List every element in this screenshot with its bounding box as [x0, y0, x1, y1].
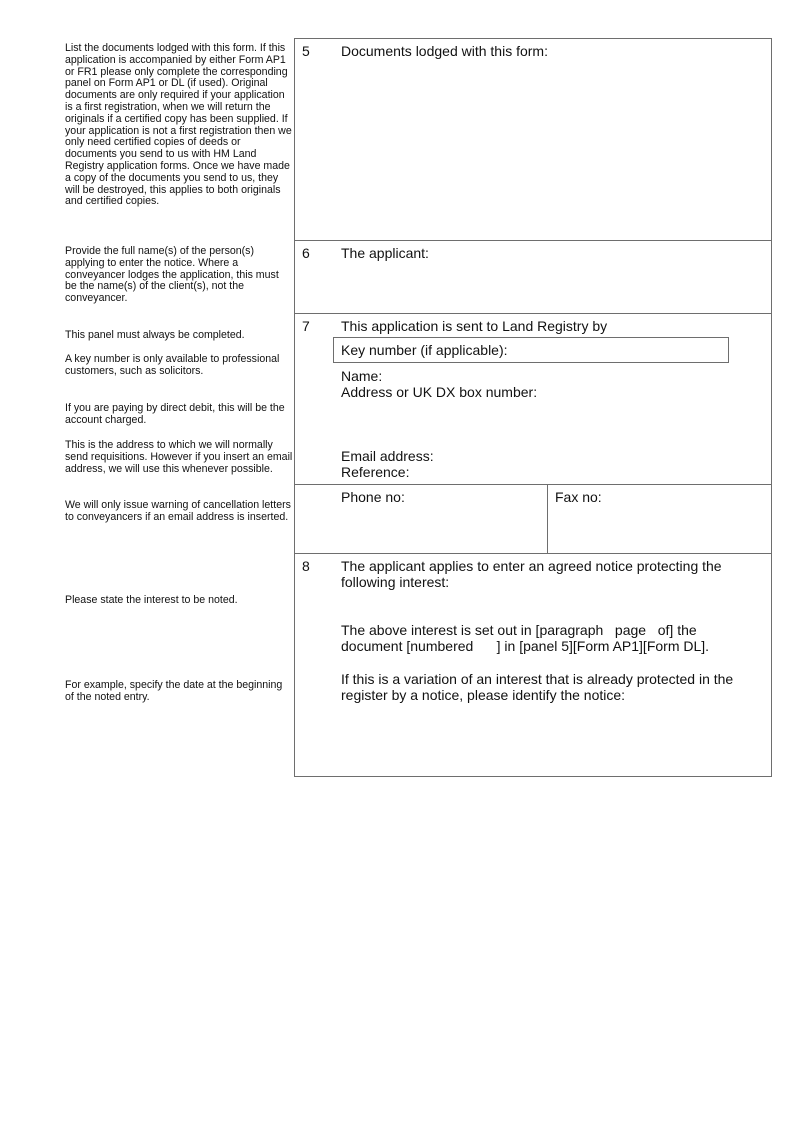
divider-panel-8 [294, 553, 772, 554]
panel-6-title: The applicant: [341, 245, 429, 261]
panel-6-number: 6 [302, 245, 310, 261]
guidance-panel-7-warning: We will only issue warning of cancellati… [65, 500, 293, 524]
reference-label: Reference: [341, 464, 409, 480]
panel-8-setout-line2: document [numbered ] in [panel 5][Form A… [341, 638, 709, 654]
panel-5-number: 5 [302, 43, 310, 59]
fax-field[interactable] [551, 506, 769, 550]
panel-7-number: 7 [302, 318, 310, 334]
fax-label: Fax no: [555, 489, 602, 505]
address-label: Address or UK DX box number: [341, 384, 537, 400]
divider-panel-6 [294, 240, 772, 241]
guidance-panel-7-always: This panel must always be completed. [65, 330, 293, 342]
interest-field[interactable] [333, 592, 769, 620]
panel-7-title: This application is sent to Land Registr… [341, 318, 607, 334]
key-number-field[interactable]: Key number (if applicable): [333, 337, 729, 363]
panel-5-title: Documents lodged with this form: [341, 43, 548, 59]
panel-8-number: 8 [302, 558, 310, 574]
panel-8-line2: following interest: [341, 574, 449, 590]
phone-field[interactable] [333, 506, 543, 550]
divider-phone-row [294, 484, 772, 485]
divider-phone-fax [547, 484, 548, 553]
phone-label: Phone no: [341, 489, 405, 505]
divider-panel-7 [294, 313, 772, 314]
guidance-panel-7-address: This is the address to which we will nor… [65, 440, 293, 475]
guidance-panel-8-example: For example, specify the date at the beg… [65, 680, 293, 704]
email-label: Email address: [341, 448, 434, 464]
panel-8-line1: The applicant applies to enter an agreed… [341, 558, 722, 574]
documents-lodged-field[interactable] [333, 62, 769, 237]
guidance-panel-6: Provide the full name(s) of the person(s… [65, 246, 293, 305]
guidance-panel-5: List the documents lodged with this form… [65, 43, 293, 208]
panel-8-variation-line2: register by a notice, please identify th… [341, 687, 625, 703]
guidance-panel-8-interest: Please state the interest to be noted. [65, 595, 293, 607]
guidance-panel-7-key: A key number is only available to profes… [65, 354, 293, 378]
key-number-label: Key number (if applicable): [341, 342, 508, 358]
applicant-field[interactable] [333, 264, 769, 310]
panel-8-variation-line1: If this is a variation of an interest th… [341, 671, 733, 687]
panel-8-setout-line1: The above interest is set out in [paragr… [341, 622, 697, 638]
guidance-panel-7-debit: If you are paying by direct debit, this … [65, 403, 293, 427]
notice-identification-field[interactable] [333, 706, 769, 774]
name-label: Name: [341, 368, 382, 384]
